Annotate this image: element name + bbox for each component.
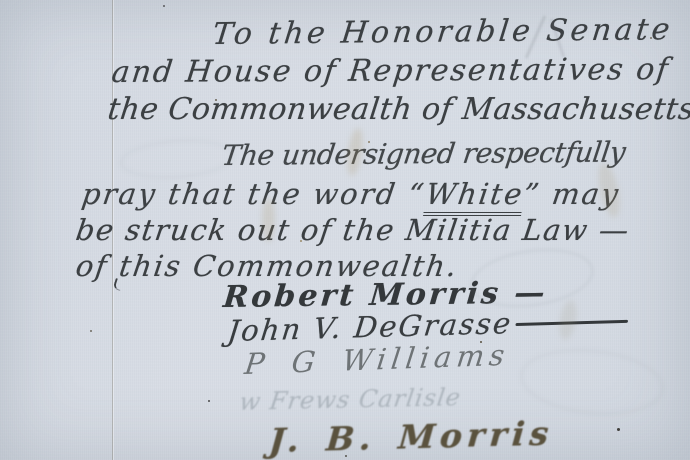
body-line-3: be struck out of the Militia Law — (74, 216, 632, 245)
ink-showthrough (119, 136, 235, 182)
signature-faint-illegible: w Frews Carlisle (238, 385, 463, 414)
heading-line-1: To the Honorable Senate (211, 15, 675, 50)
body-line-1: The undersigned respectfully (220, 138, 627, 170)
signature-j-b-morris: J. B. Morris (268, 417, 555, 457)
foxing-speck (208, 400, 210, 402)
ink-showthrough (517, 343, 667, 422)
foxing-speck (345, 455, 347, 457)
body-line-2: pray that the word “White” may (80, 180, 622, 209)
stain-smudge (262, 198, 275, 242)
foxing-speck (300, 240, 302, 242)
foxing-speck (90, 330, 92, 332)
heading-line-2: and House of Representatives of (110, 55, 671, 88)
body-line-2-before: pray that the word “ (80, 177, 429, 211)
heading-line-3: the Commonwealth of Massachusetts (106, 95, 690, 125)
foxing-speck (368, 141, 370, 143)
foxing-speck (650, 37, 652, 39)
stray-ink-mark (112, 278, 123, 291)
foxing-speck (215, 99, 217, 101)
foxing-speck (617, 428, 620, 431)
underlined-word-white: White (423, 177, 526, 216)
signature-p-g-williams: P G Williams (243, 341, 511, 379)
manuscript-page: To the Honorable Senate and House of Rep… (0, 0, 690, 460)
foxing-speck (163, 5, 165, 7)
foxing-speck (480, 341, 482, 343)
